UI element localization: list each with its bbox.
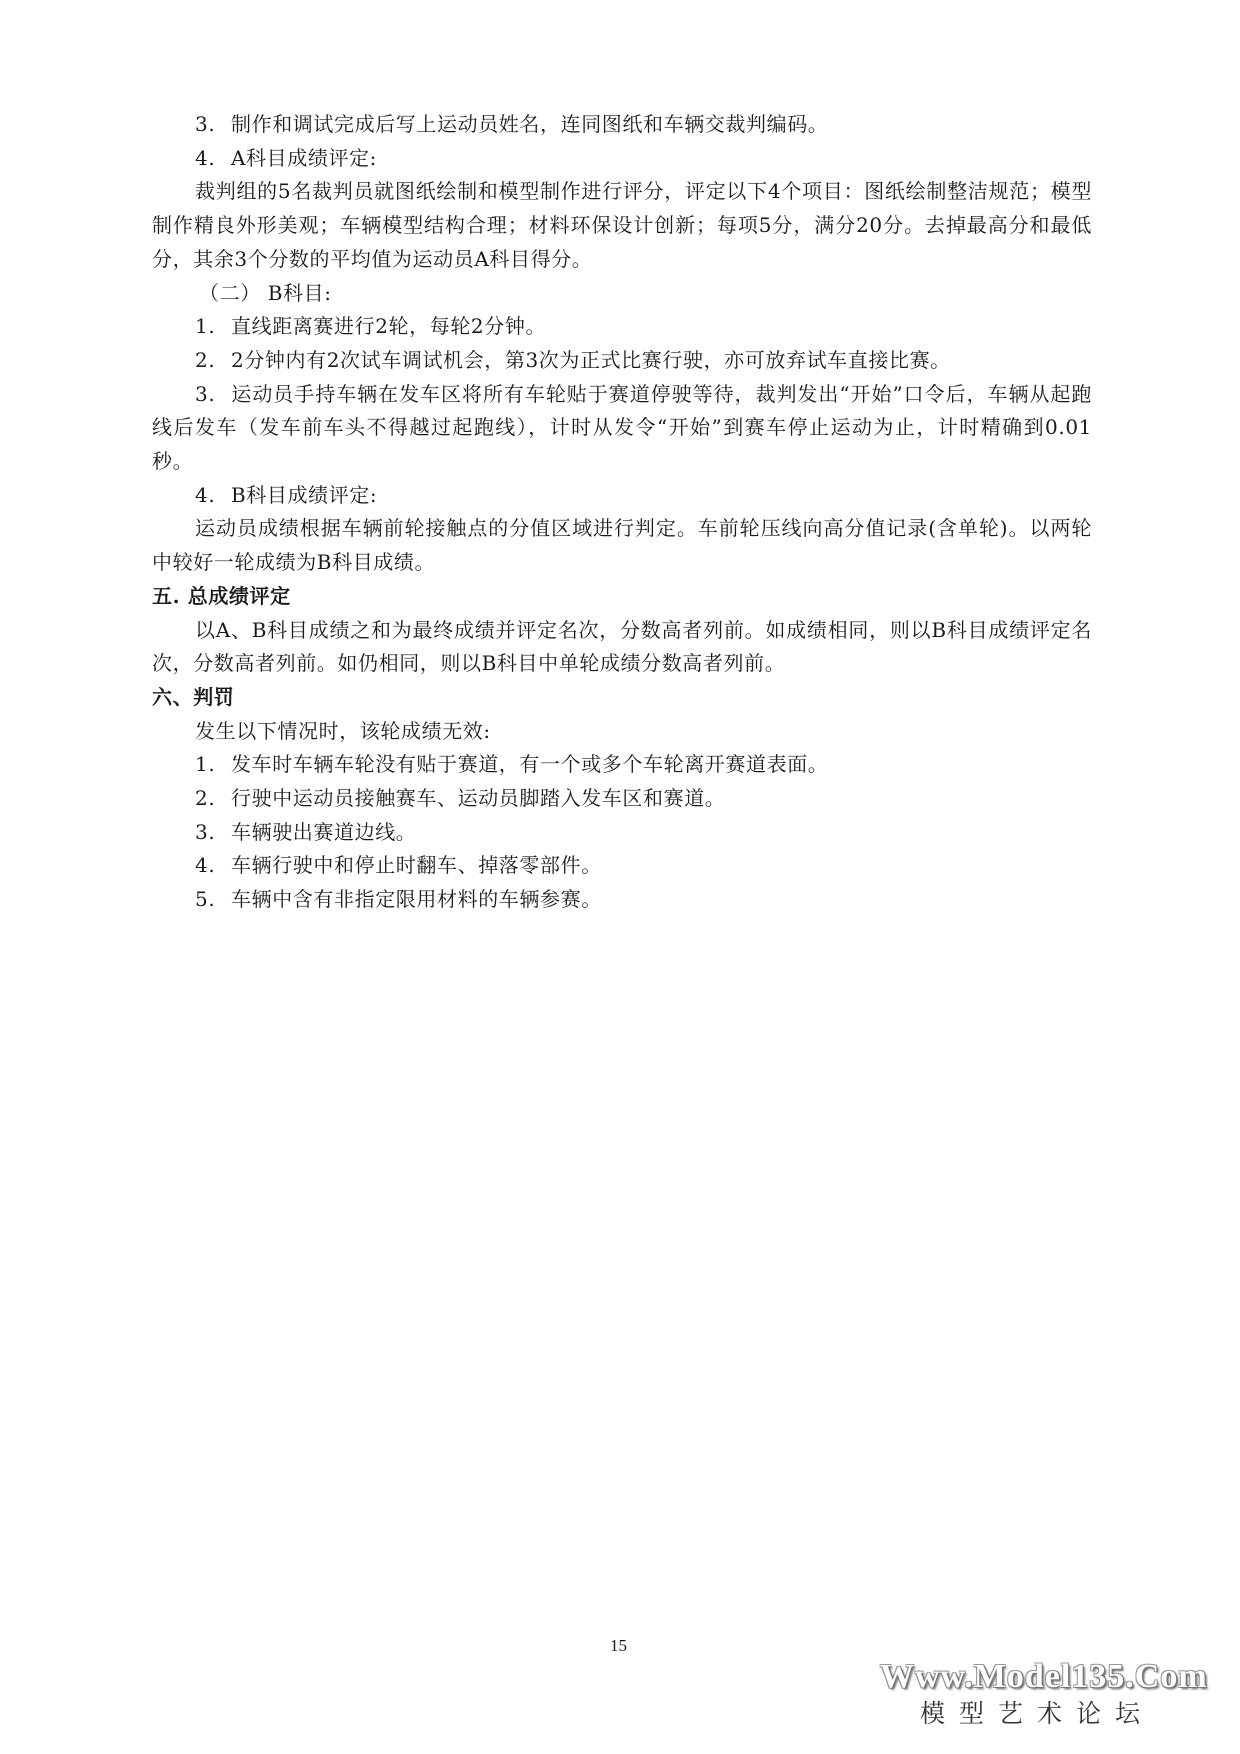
- document-body: 3.制作和调试完成后写上运动员姓名，连同图纸和车辆交裁判编码。 4.A科目成绩评…: [152, 108, 1092, 917]
- item-number: 1.: [195, 310, 231, 344]
- item-number: 1.: [195, 748, 231, 782]
- item-text: A科目成绩评定:: [231, 146, 377, 170]
- item-number: 2.: [195, 782, 231, 816]
- list-item-a4: 4.A科目成绩评定:: [152, 142, 1092, 176]
- list-item-b4: 4.B科目成绩评定:: [152, 479, 1092, 513]
- list-item-p3: 3.车辆驶出赛道边线。: [152, 816, 1092, 850]
- list-item-a3: 3.制作和调试完成后写上运动员姓名，连同图纸和车辆交裁判编码。: [152, 108, 1092, 142]
- item-number: 5.: [195, 883, 231, 917]
- section-heading-total: 五. 总成绩评定: [152, 580, 1092, 614]
- list-item-p2: 2.行驶中运动员接触赛车、运动员脚踏入发车区和赛道。: [152, 782, 1092, 816]
- list-item-p5: 5.车辆中含有非指定限用材料的车辆参赛。: [152, 883, 1092, 917]
- item-text: 发车时车辆车轮没有贴于赛道，有一个或多个车轮离开赛道表面。: [231, 752, 828, 776]
- list-item-p1: 1.发车时车辆车轮没有贴于赛道，有一个或多个车轮离开赛道表面。: [152, 748, 1092, 782]
- item-number: 4.: [195, 142, 231, 176]
- watermark: Www.Model135.Com 模型艺术论坛: [880, 1658, 1220, 1730]
- item-text: 车辆行驶中和停止时翻车、掉落零部件。: [231, 853, 602, 877]
- section-heading-penalty: 六、判罚: [152, 681, 1092, 715]
- item-text: 车辆驶出赛道边线。: [231, 820, 416, 844]
- subsection-heading-b: （二） B科目:: [152, 277, 1092, 311]
- penalty-intro: 发生以下情况时，该轮成绩无效:: [152, 715, 1092, 749]
- item-text: B科目成绩评定:: [231, 483, 377, 507]
- list-item-b3: 3.运动员手持车辆在发车区将所有车轮贴于赛道停驶等待，裁判发出“开始”口令后，车…: [152, 378, 1092, 479]
- item-number: 3.: [195, 108, 231, 142]
- item-number: 2.: [195, 344, 231, 378]
- watermark-caption: 模型艺术论坛: [920, 1694, 1220, 1730]
- item-text: 2分钟内有2次试车调试机会，第3次为正式比赛行驶，亦可放弃试车直接比赛。: [231, 348, 951, 372]
- list-item-p4: 4.车辆行驶中和停止时翻车、掉落零部件。: [152, 849, 1092, 883]
- page-number: 15: [610, 1636, 627, 1656]
- item-number: 4.: [195, 849, 231, 883]
- watermark-url: Www.Model135.Com: [880, 1658, 1220, 1696]
- list-item-b1: 1.直线距离赛进行2轮，每轮2分钟。: [152, 310, 1092, 344]
- item-number: 3.: [195, 378, 231, 412]
- paragraph-total-scoring: 以A、B科目成绩之和为最终成绩并评定名次，分数高者列前。如成绩相同，则以B科目成…: [152, 614, 1092, 681]
- item-text: 直线距离赛进行2轮，每轮2分钟。: [231, 314, 546, 338]
- item-text: 运动员手持车辆在发车区将所有车轮贴于赛道停驶等待，裁判发出“开始”口令后，车辆从…: [152, 382, 1092, 473]
- list-item-b2: 2.2分钟内有2次试车调试机会，第3次为正式比赛行驶，亦可放弃试车直接比赛。: [152, 344, 1092, 378]
- paragraph-b-scoring: 运动员成绩根据车辆前轮接触点的分值区域进行判定。车前轮压线向高分值记录(含单轮)…: [152, 512, 1092, 579]
- item-text: 行驶中运动员接触赛车、运动员脚踏入发车区和赛道。: [231, 786, 725, 810]
- item-number: 3.: [195, 816, 231, 850]
- item-text: 制作和调试完成后写上运动员姓名，连同图纸和车辆交裁判编码。: [231, 112, 828, 136]
- item-number: 4.: [195, 479, 231, 513]
- item-text: 车辆中含有非指定限用材料的车辆参赛。: [231, 887, 602, 911]
- paragraph-a-scoring: 裁判组的5名裁判员就图纸绘制和模型制作进行评分，评定以下4个项目：图纸绘制整洁规…: [152, 175, 1092, 276]
